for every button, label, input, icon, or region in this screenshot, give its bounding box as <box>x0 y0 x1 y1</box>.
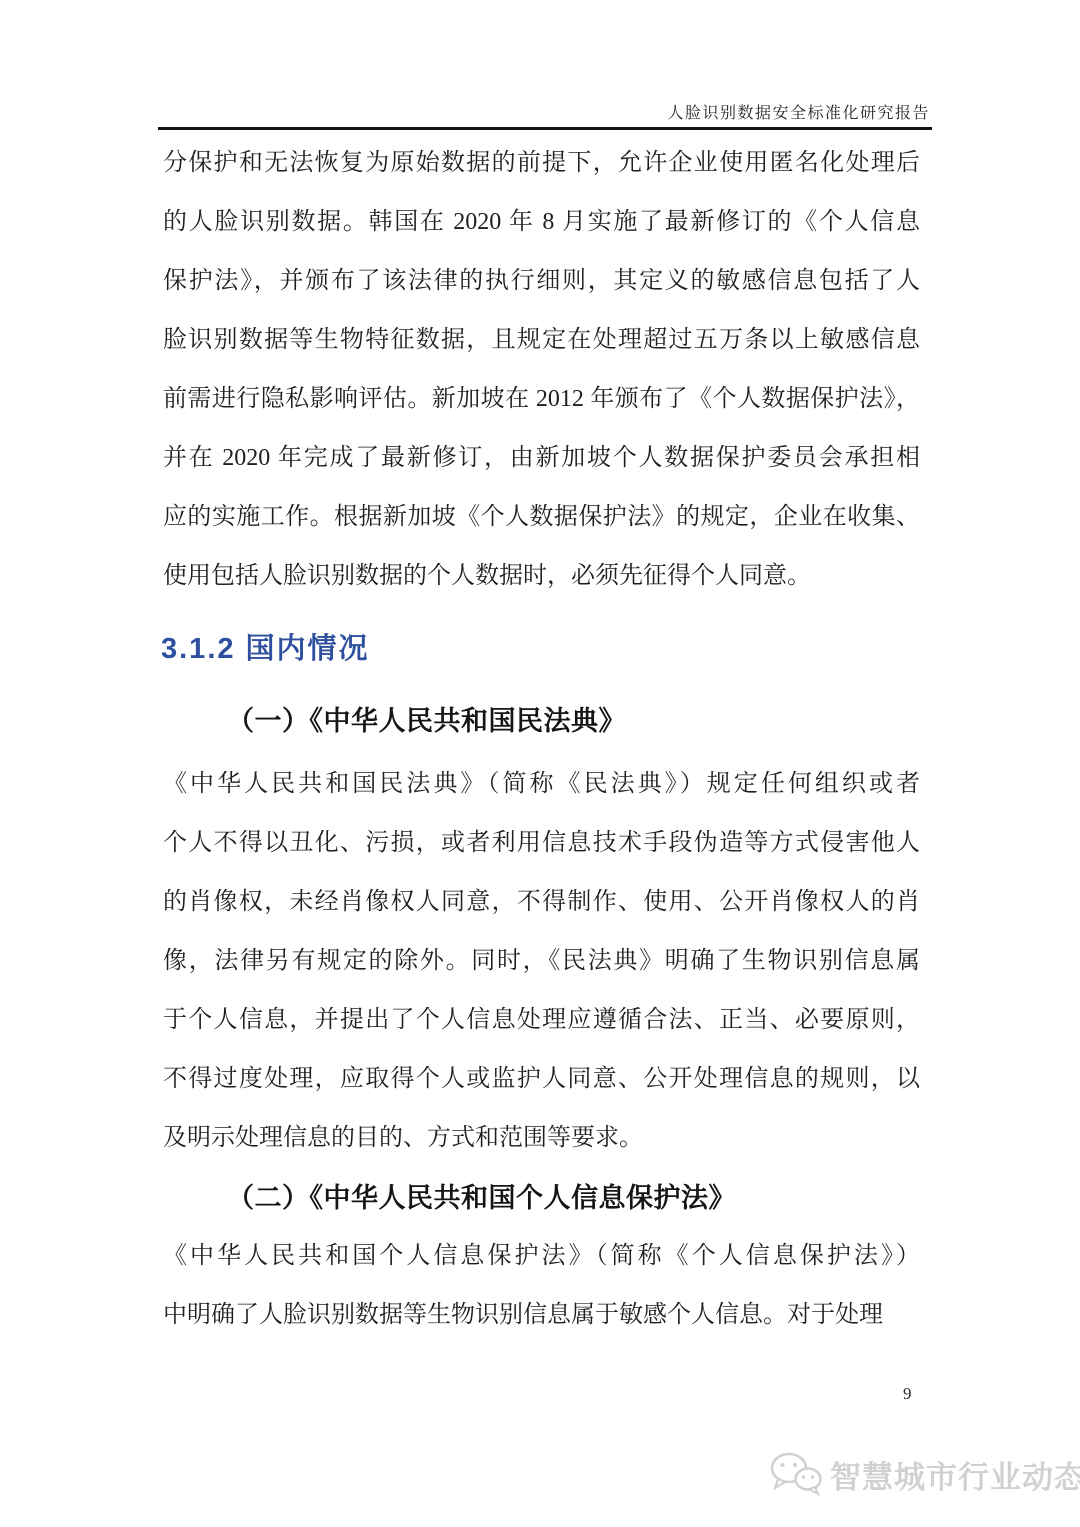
text-line: 中明确了人脸识别数据等生物识别信息属于敏感个人信息。对于处理 <box>163 1286 920 1345</box>
paragraph-civil-code: 《中华人民共和国民法典》（简称《民法典》）规定任何组织或者个人不得以丑化、污损，… <box>163 755 920 1168</box>
text-line: 脸识别数据等生物特征数据，且规定在处理超过五万条以上敏感信息 <box>163 311 920 370</box>
text-line: 及明示处理信息的目的、方式和范围等要求。 <box>163 1109 920 1168</box>
text-line: 应的实施工作。根据新加坡《个人数据保护法》的规定，企业在收集、 <box>163 488 920 547</box>
wechat-icon <box>768 1450 824 1498</box>
text-line: 不得过度处理，应取得个人或监护人同意、公开处理信息的规则，以 <box>163 1050 920 1109</box>
watermark: 智慧城市行业动态 <box>768 1450 1080 1498</box>
text-line: 保护法》，并颁布了该法律的执行细则，其定义的敏感信息包括了人 <box>163 252 920 311</box>
text-line: 并在 2020 年完成了最新修订，由新加坡个人数据保护委员会承担相 <box>163 429 920 488</box>
running-header-title: 人脸识别数据安全标准化研究报告 <box>667 100 930 123</box>
text-line: 像，法律另有规定的除外。同时，《民法典》明确了生物识别信息属 <box>163 932 920 991</box>
document-page: 人脸识别数据安全标准化研究报告 分保护和无法恢复为原始数据的前提下，允许企业使用… <box>0 0 1080 1527</box>
subheading-pipl: （二）《中华人民共和国个人信息保护法》 <box>227 1181 736 1215</box>
text-line: 个人不得以丑化、污损，或者利用信息技术手段伪造等方式侵害他人 <box>163 814 920 873</box>
text-line: 于个人信息，并提出了个人信息处理应遵循合法、正当、必要原则， <box>163 991 920 1050</box>
watermark-text: 智慧城市行业动态 <box>830 1452 1080 1497</box>
text-line: 使用包括人脸识别数据的个人数据时，必须先征得个人同意。 <box>163 547 920 606</box>
subheading-civil-code: （一）《中华人民共和国民法典》 <box>227 704 626 738</box>
paragraph-pipl: 《中华人民共和国个人信息保护法》（简称《个人信息保护法》）中明确了人脸识别数据等… <box>163 1227 920 1345</box>
text-line: 的人脸识别数据。韩国在 2020 年 8 月实施了最新修订的《个人信息 <box>163 193 920 252</box>
paragraph-international-laws: 分保护和无法恢复为原始数据的前提下，允许企业使用匿名化处理后的人脸识别数据。韩国… <box>163 134 920 606</box>
text-line: 的肖像权，未经肖像权人同意，不得制作、使用、公开肖像权人的肖 <box>163 873 920 932</box>
section-heading-domestic: 3.1.2 国内情况 <box>161 631 370 667</box>
text-line: 前需进行隐私影响评估。新加坡在 2012 年颁布了《个人数据保护法》， <box>163 370 920 429</box>
page-number: 9 <box>903 1384 912 1404</box>
header-rule <box>158 127 932 130</box>
text-line: 《中华人民共和国个人信息保护法》（简称《个人信息保护法》） <box>163 1227 920 1286</box>
text-line: 分保护和无法恢复为原始数据的前提下，允许企业使用匿名化处理后 <box>163 134 920 193</box>
text-line: 《中华人民共和国民法典》（简称《民法典》）规定任何组织或者 <box>163 755 920 814</box>
